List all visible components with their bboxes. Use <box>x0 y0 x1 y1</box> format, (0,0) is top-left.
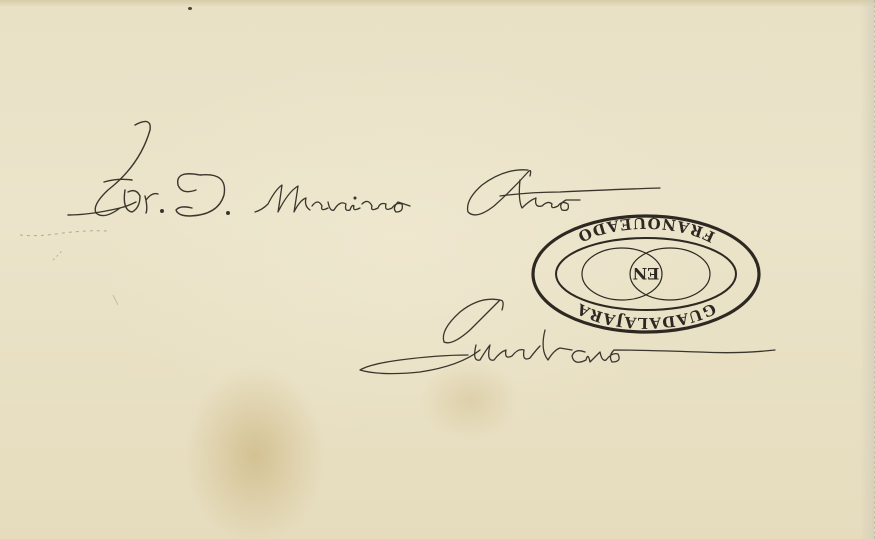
handwriting-d <box>176 174 229 216</box>
svg-text:FRANQUEADO: FRANQUEADO <box>574 214 717 246</box>
handwriting-sor <box>68 121 163 215</box>
postmark-bottom-text: FRANQUEADO <box>574 214 717 246</box>
postmark-franqueado-guadalajara: GUADALAJARA FRANQUEADO EN <box>530 212 762 336</box>
handwriting-otero <box>468 170 660 215</box>
envelope: Sor. D. Mariano Otero Queretaro GUADALAJ… <box>0 0 875 539</box>
postmark-center-text: EN <box>633 264 660 283</box>
handwriting-mariano <box>255 185 410 212</box>
